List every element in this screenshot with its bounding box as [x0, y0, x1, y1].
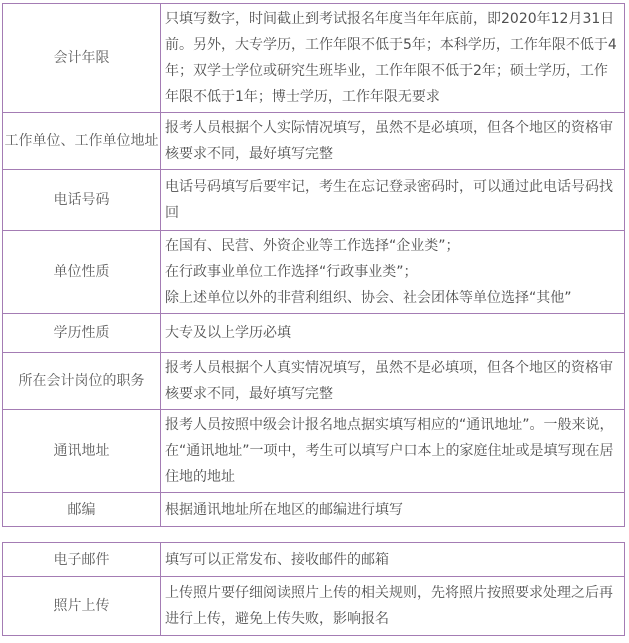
field-desc-postal-code: 根据通讯地址所在地区的邮编进行填写 [161, 493, 625, 527]
table-row: 学历性质 大专及以上学历必填 [3, 314, 625, 353]
table-row: 通讯地址 报考人员按照中级会计报名地点据实填写相应的“通讯地址”。一般来说，在“… [3, 410, 625, 493]
field-name-mailing-address: 通讯地址 [3, 410, 161, 493]
table-row: 所在会计岗位的职务 报考人员根据个人真实情况填写，虽然不是必填项，但各个地区的资… [3, 353, 625, 410]
table-row: 邮编 根据通讯地址所在地区的邮编进行填写 [3, 493, 625, 527]
field-name-accounting-position: 所在会计岗位的职务 [3, 353, 161, 410]
registration-fields-table-continued: 电子邮件 填写可以正常发布、接收邮件的邮箱 照片上传 上传照片要仔细阅读照片上传… [2, 542, 625, 636]
field-name-photo-upload: 照片上传 [3, 577, 161, 636]
table-row: 照片上传 上传照片要仔细阅读照片上传的相关规则，先将照片按照要求处理之后再进行上… [3, 577, 625, 636]
table-row: 电话号码 电话号码填写后要牢记，考生在忘记登录密码时，可以通过此电话号码找回 [3, 170, 625, 231]
table-row: 电子邮件 填写可以正常发布、接收邮件的邮箱 [3, 543, 625, 577]
field-name-work-unit: 工作单位、工作单位地址 [3, 113, 161, 170]
field-desc-work-unit: 报考人员根据个人实际情况填写，虽然不是必填项，但各个地区的资格审核要求不同，最好… [161, 113, 625, 170]
field-desc-unit-type: 在国有、民营、外资企业等工作选择“企业类”； 在行政事业单位工作选择“行政事业类… [161, 231, 625, 314]
field-desc-education-type: 大专及以上学历必填 [161, 314, 625, 353]
field-name-phone-number: 电话号码 [3, 170, 161, 231]
field-name-education-type: 学历性质 [3, 314, 161, 353]
table-row: 会计年限 只填写数字，时间截止到考试报名年度当年年底前，即2020年12月31日… [3, 4, 625, 113]
table-row: 工作单位、工作单位地址 报考人员根据个人实际情况填写，虽然不是必填项，但各个地区… [3, 113, 625, 170]
field-name-email: 电子邮件 [3, 543, 161, 577]
table-row: 单位性质 在国有、民营、外资企业等工作选择“企业类”； 在行政事业单位工作选择“… [3, 231, 625, 314]
field-desc-accounting-position: 报考人员根据个人真实情况填写，虽然不是必填项，但各个地区的资格审核要求不同，最好… [161, 353, 625, 410]
field-desc-email: 填写可以正常发布、接收邮件的邮箱 [161, 543, 625, 577]
field-desc-mailing-address: 报考人员按照中级会计报名地点据实填写相应的“通讯地址”。一般来说，在“通讯地址”… [161, 410, 625, 493]
field-desc-accounting-years: 只填写数字，时间截止到考试报名年度当年年底前，即2020年12月31日前。另外，… [161, 4, 625, 113]
registration-fields-table: 会计年限 只填写数字，时间截止到考试报名年度当年年底前，即2020年12月31日… [2, 3, 625, 527]
field-name-postal-code: 邮编 [3, 493, 161, 527]
field-name-unit-type: 单位性质 [3, 231, 161, 314]
field-desc-photo-upload: 上传照片要仔细阅读照片上传的相关规则，先将照片按照要求处理之后再进行上传，避免上… [161, 577, 625, 636]
field-name-accounting-years: 会计年限 [3, 4, 161, 113]
field-desc-phone-number: 电话号码填写后要牢记，考生在忘记登录密码时，可以通过此电话号码找回 [161, 170, 625, 231]
